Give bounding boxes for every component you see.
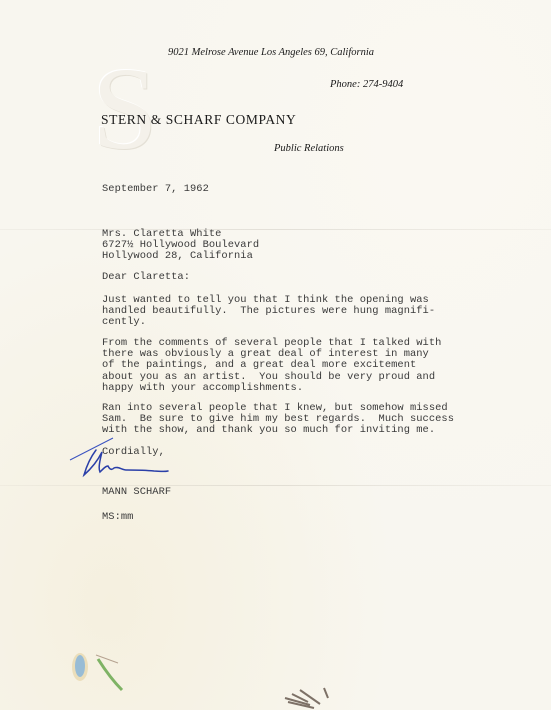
body-paragraph: Just wanted to tell you that I think the… [102,295,435,329]
signer-name: MANN SCHARF [102,487,171,498]
letterhead-phone: Phone: 274-9404 [330,79,403,90]
letterhead-address: 9021 Melrose Avenue Los Angeles 69, Cali… [168,47,374,58]
letterhead-department: Public Relations [274,143,344,154]
recipient-line: Hollywood 28, California [102,251,253,262]
paper-fold-line [0,229,551,230]
body-paragraph: From the comments of several people that… [102,338,441,394]
paper-fold-line [0,485,551,486]
handwritten-signature [68,430,188,480]
typist-initials: MS:mm [102,512,133,523]
letter-date: September 7, 1962 [102,184,209,195]
paint-stain [60,645,160,705]
embossed-s-monogram: S [92,50,158,168]
salutation: Dear Claretta: [102,272,190,283]
ink-smudge [280,680,350,710]
letterhead-company-name: STERN & SCHARF COMPANY [101,112,296,128]
